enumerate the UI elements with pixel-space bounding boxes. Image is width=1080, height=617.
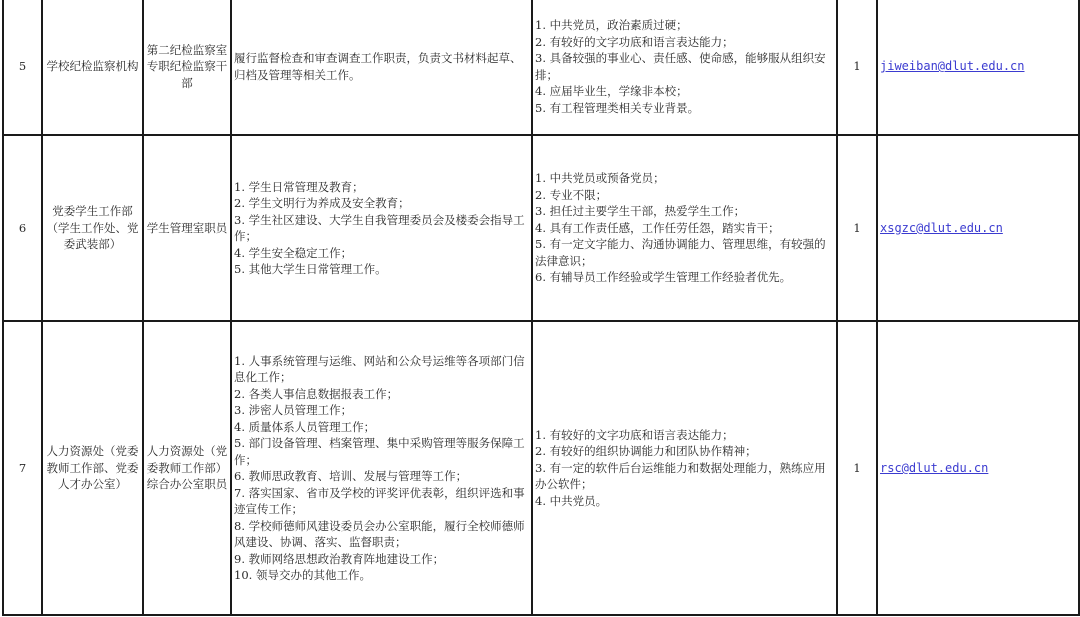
requirement-item: 4. 具有工作责任感，工作任劳任怨，踏实肯干； [535,220,834,237]
email-cell: xsgzc@dlut.edu.cn [877,135,1079,321]
duty-item: 4. 质量体系人员管理工作； [234,419,529,436]
requirement-item: 2. 有较好的文字功底和语言表达能力； [535,34,834,51]
department-cell: 学校纪检监察机构 [42,0,143,135]
requirement-item: 4. 中共党员。 [535,493,834,510]
duty-item: 履行监督检查和审查调查工作职责，负责文书材料起草、归档及管理等相关工作。 [234,50,529,83]
requirement-item: 2. 有较好的组织协调能力和团队协作精神； [535,443,834,460]
duty-item: 4. 学生安全稳定工作； [234,245,529,262]
requirement-item: 1. 中共党员或预备党员； [535,170,834,187]
department-cell: 人力资源处（党委教师工作部、党委人才办公室） [42,321,143,615]
headcount-cell: 1 [837,321,877,615]
requirement-item: 4. 应届毕业生，学缘非本校； [535,83,834,100]
requirement-item: 5. 有一定文字能力、沟通协调能力、管理思维，有较强的法律意识； [535,236,834,269]
duty-item: 2. 各类人事信息数据报表工作； [234,386,529,403]
email-link[interactable]: xsgzc@dlut.edu.cn [880,221,1003,235]
duty-item: 9. 教师网络思想政治教育阵地建设工作； [234,551,529,568]
duty-item: 3. 涉密人员管理工作； [234,402,529,419]
table-row: 5 学校纪检监察机构 第二纪检监察室专职纪检监察干部 履行监督检查和审查调查工作… [3,0,1079,135]
requirement-item: 3. 有一定的软件后台运维能力和数据处理能力，熟练应用办公软件； [535,460,834,493]
requirements-cell: 1. 有较好的文字功底和语言表达能力； 2. 有较好的组织协调能力和团队协作精神… [532,321,837,615]
duty-item: 1. 人事系统管理与运维、网站和公众号运维等各项部门信息化工作； [234,353,529,386]
duty-item: 5. 部门设备管理、档案管理、集中采购管理等服务保障工作； [234,435,529,468]
requirements-cell: 1. 中共党员，政治素质过硬； 2. 有较好的文字功底和语言表达能力； 3. 具… [532,0,837,135]
requirement-item: 6. 有辅导员工作经验或学生管理工作经验者优先。 [535,269,834,286]
requirement-item: 3. 担任过主要学生干部，热爱学生工作； [535,203,834,220]
duty-item: 1. 学生日常管理及教育； [234,179,529,196]
email-cell: rsc@dlut.edu.cn [877,321,1079,615]
duty-item: 6. 教师思政教育、培训、发展与管理等工作； [234,468,529,485]
row-number: 7 [3,321,42,615]
duties-cell: 1. 人事系统管理与运维、网站和公众号运维等各项部门信息化工作； 2. 各类人事… [231,321,532,615]
department-cell: 党委学生工作部（学生工作处、党委武装部） [42,135,143,321]
position-cell: 第二纪检监察室专职纪检监察干部 [143,0,231,135]
requirement-item: 3. 具备较强的事业心、责任感、使命感，能够服从组织安排； [535,50,834,83]
row-number: 5 [3,0,42,135]
position-cell: 人力资源处（党委教师工作部）综合办公室职员 [143,321,231,615]
position-cell: 学生管理室职员 [143,135,231,321]
duty-item: 10. 领导交办的其他工作。 [234,567,529,584]
duty-item: 2. 学生文明行为养成及安全教育； [234,195,529,212]
row-number: 6 [3,135,42,321]
email-cell: jiweiban@dlut.edu.cn [877,0,1079,135]
duty-item: 5. 其他大学生日常管理工作。 [234,261,529,278]
requirement-item: 2. 专业不限； [535,187,834,204]
headcount-cell: 1 [837,135,877,321]
table-row: 6 党委学生工作部（学生工作处、党委武装部） 学生管理室职员 1. 学生日常管理… [3,135,1079,321]
requirement-item: 1. 有较好的文字功底和语言表达能力； [535,427,834,444]
headcount-cell: 1 [837,0,877,135]
duties-cell: 1. 学生日常管理及教育； 2. 学生文明行为养成及安全教育； 3. 学生社区建… [231,135,532,321]
duty-item: 7. 落实国家、省市及学校的评奖评优表彰，组织评选和事迹宣传工作； [234,485,529,518]
email-link[interactable]: rsc@dlut.edu.cn [880,461,988,475]
recruitment-table: 5 学校纪检监察机构 第二纪检监察室专职纪检监察干部 履行监督检查和审查调查工作… [2,0,1080,616]
duty-item: 3. 学生社区建设、大学生自我管理委员会及楼委会指导工作； [234,212,529,245]
requirements-cell: 1. 中共党员或预备党员； 2. 专业不限； 3. 担任过主要学生干部，热爱学生… [532,135,837,321]
email-link[interactable]: jiweiban@dlut.edu.cn [880,59,1025,73]
duties-cell: 履行监督检查和审查调查工作职责，负责文书材料起草、归档及管理等相关工作。 [231,0,532,135]
requirement-item: 5. 有工程管理类相关专业背景。 [535,100,834,117]
duty-item: 8. 学校师德师风建设委员会办公室职能，履行全校师德师风建设、协调、落实、监督职… [234,518,529,551]
requirement-item: 1. 中共党员，政治素质过硬； [535,17,834,34]
table-row: 7 人力资源处（党委教师工作部、党委人才办公室） 人力资源处（党委教师工作部）综… [3,321,1079,615]
